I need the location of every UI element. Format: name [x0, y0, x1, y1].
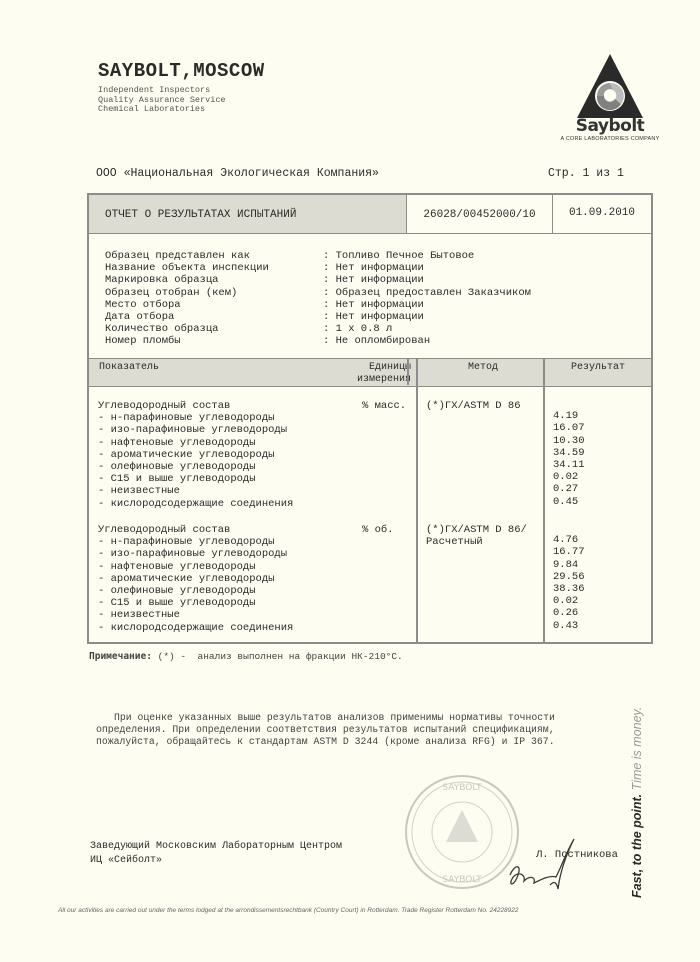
info-row: Место отбора: Нет информации [105, 299, 531, 311]
result-value: 0.26 [553, 607, 578, 619]
result-row-name: - неизвестные [98, 609, 180, 621]
result-value: 10.30 [553, 435, 585, 447]
info-row: Дата отбора: Нет информации [105, 311, 531, 323]
result-row-name: - С15 и выше углеводороды [98, 473, 256, 485]
header-units-line2: измерения [339, 374, 411, 386]
result-value: 0.45 [553, 496, 578, 508]
company-subtitle: Independent Inspectors Quality Assurance… [98, 86, 226, 115]
section-unit: % об. [362, 524, 394, 536]
report-title: ОТЧЕТ О РЕЗУЛЬТАТАХ ИСПЫТАНИЙ [89, 195, 407, 233]
note-label: Примечание: [89, 651, 152, 662]
section-unit: % масс. [362, 400, 406, 412]
section-title: Углеводородный состав [98, 524, 230, 536]
disclaimer-line: пожалуйста, обращайтесь к стандартам AST… [96, 736, 644, 748]
slogan: Fast, to the point. Time is money. [630, 707, 644, 898]
sample-info: Образец представлен как: Топливо Печное … [105, 250, 531, 348]
info-value: : Образец предоставлен Заказчиком [323, 287, 531, 299]
info-value: : Нет информации [323, 299, 424, 311]
info-label: Образец представлен как [105, 250, 323, 262]
info-label: Место отбора [105, 299, 323, 311]
result-row-name: - н-парафиновые углеводороды [98, 536, 274, 548]
result-value: 0.02 [553, 471, 578, 483]
page-number: Стр. 1 из 1 [548, 167, 624, 180]
info-label: Номер пломбы [105, 335, 323, 347]
result-value: 0.43 [553, 620, 578, 632]
disclaimer-line: определения. При определении соответстви… [96, 724, 644, 736]
header-units: Единицы измерения [339, 362, 411, 385]
header-result: Результат [545, 362, 651, 373]
header-method: Метод [423, 362, 543, 373]
section-method: (*)ГХ/ASTM D 86/ [426, 524, 527, 536]
saybolt-logo: Saybolt A CORE LABORATORIES COMPANY [560, 52, 660, 156]
section-method: (*)ГХ/ASTM D 86 [426, 400, 521, 412]
result-value: 0.02 [553, 595, 578, 607]
report-header: ОТЧЕТ О РЕЗУЛЬТАТАХ ИСПЫТАНИЙ 26028/0045… [89, 195, 651, 234]
footnote: Примечание: (*) - анализ выполнен на фра… [89, 651, 403, 662]
result-value: 16.77 [553, 546, 585, 558]
result-row-name: - кислородсодержащие соединения [98, 622, 293, 634]
result-row-name: - изо-парафиновые углеводороды [98, 424, 287, 436]
info-label: Название объекта инспекции [105, 262, 323, 274]
column-divider [416, 358, 418, 644]
disclaimer-line: При оценке указанных выше результатов ан… [96, 712, 644, 724]
logo-tagline: A CORE LABORATORIES COMPANY [560, 136, 660, 142]
report-number: 26028/00452000/10 [407, 195, 553, 233]
svg-text:SAYBOLT: SAYBOLT [442, 875, 482, 885]
result-value: 0.27 [553, 483, 578, 495]
saybolt-triangle-logo-icon [575, 52, 645, 120]
result-row-name: - н-парафиновые углеводороды [98, 412, 274, 424]
header-units-line1: Единицы [339, 362, 411, 374]
signer-position: Заведующий Московским Лабораторным Центр… [90, 840, 342, 868]
subtitle-line: Chemical Laboratories [98, 105, 226, 115]
signer-position-line1: Заведующий Московским Лабораторным Центр… [90, 840, 342, 854]
info-row: Образец представлен как: Топливо Печное … [105, 250, 531, 262]
header-parameter: Показатель [99, 362, 159, 373]
legal-footer: All our activities are carried out under… [58, 907, 519, 914]
svg-text:SAYBOLT: SAYBOLT [442, 783, 482, 793]
result-row-name: - изо-парафиновые углеводороды [98, 548, 287, 560]
result-row-name: - нафтеновые углеводороды [98, 437, 256, 449]
company-title: SAYBOLT,MOSCOW [98, 60, 265, 82]
slogan-bold: Fast, to the point. [630, 794, 644, 898]
result-row-name: - ароматические углеводороды [98, 449, 274, 461]
report-date: 01.09.2010 [553, 195, 651, 245]
info-value: : Топливо Печное Бытовое [323, 250, 474, 262]
info-row: Номер пломбы: Не опломбирован [105, 335, 531, 347]
info-label: Дата отбора [105, 311, 323, 323]
result-row-name: - нафтеновые углеводороды [98, 561, 256, 573]
info-value: : Нет информации [323, 274, 424, 286]
info-row: Название объекта инспекции: Нет информац… [105, 262, 531, 274]
signer-position-line2: ИЦ «Сейболт» [90, 854, 342, 868]
table-header: Показатель Единицы измерения Метод Резул… [89, 358, 651, 387]
client-name: ООО «Национальная Экологическая Компания… [96, 167, 379, 180]
column-divider [543, 358, 545, 644]
info-label: Количество образца [105, 323, 323, 335]
info-row: Образец отобран (кем): Образец предостав… [105, 287, 531, 299]
result-value: 34.59 [553, 447, 585, 459]
logo-name: Saybolt [560, 116, 660, 136]
slogan-light: Time is money. [630, 707, 644, 794]
result-row-name: - олефиновые углеводороды [98, 585, 256, 597]
result-row-name: - кислородсодержащие соединения [98, 498, 293, 510]
column-divider [407, 358, 409, 385]
result-value: 34.11 [553, 459, 585, 471]
result-value: 4.19 [553, 410, 578, 422]
info-value: : 1 x 0.8 л [323, 323, 392, 335]
handwritten-signature-icon [500, 835, 580, 895]
info-label: Маркировка образца [105, 274, 323, 286]
info-value: : Нет информации [323, 311, 424, 323]
result-row-name: - олефиновые углеводороды [98, 461, 256, 473]
result-row-name: - С15 и выше углеводороды [98, 597, 256, 609]
result-row-name: - неизвестные [98, 485, 180, 497]
info-row: Маркировка образца: Нет информации [105, 274, 531, 286]
section-title: Углеводородный состав [98, 400, 230, 412]
section-method: Расчетный [426, 536, 483, 548]
info-row: Количество образца: 1 x 0.8 л [105, 323, 531, 335]
result-value: 9.84 [553, 559, 578, 571]
result-value: 16.07 [553, 422, 585, 434]
info-value: : Не опломбирован [323, 335, 430, 347]
result-value: 38.36 [553, 583, 585, 595]
note-text: (*) - анализ выполнен на фракции НК-210°… [152, 651, 403, 662]
disclaimer-paragraph: При оценке указанных выше результатов ан… [96, 712, 644, 748]
result-row-name: - ароматические углеводороды [98, 573, 274, 585]
result-value: 29.56 [553, 571, 585, 583]
result-value: 4.76 [553, 534, 578, 546]
info-value: : Нет информации [323, 262, 424, 274]
info-label: Образец отобран (кем) [105, 287, 323, 299]
